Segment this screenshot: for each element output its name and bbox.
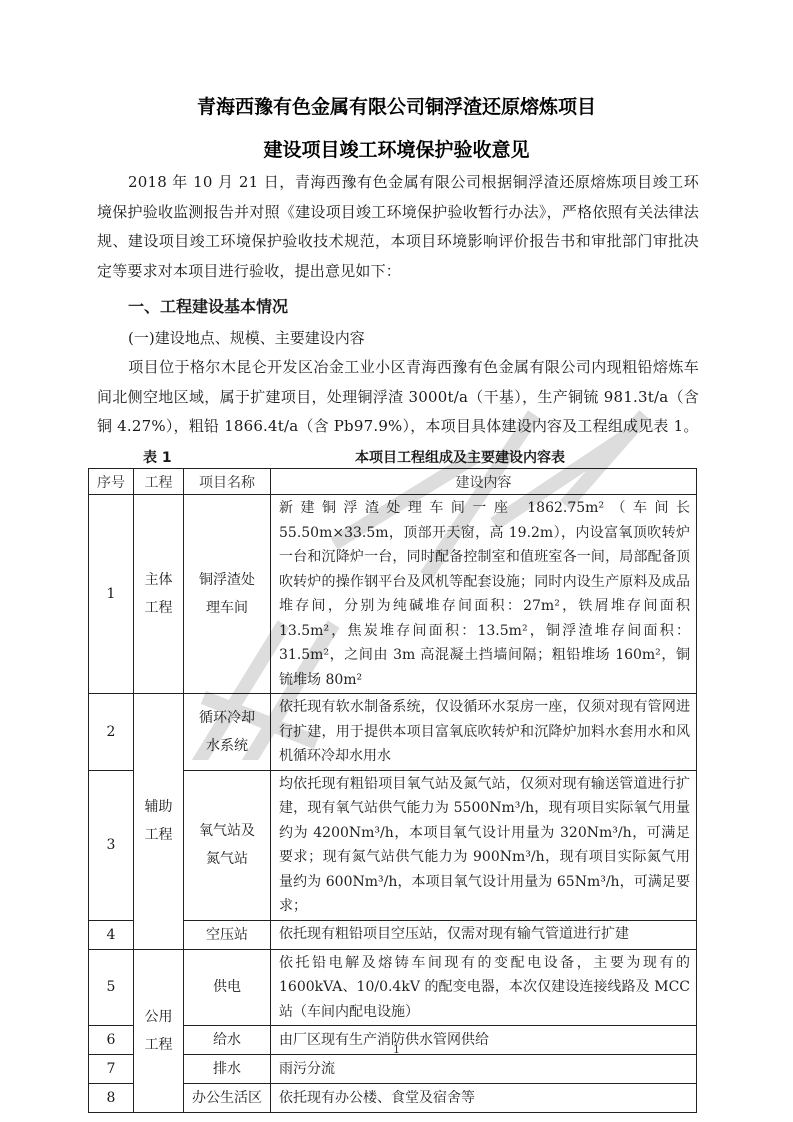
row-content: 依托铅电解及熔铸车间现有的变配电设备，主要为现有的 1600kVA、10/0.4… bbox=[271, 949, 697, 1026]
row-no: 5 bbox=[89, 949, 134, 1026]
row-content: 依托现有办公楼、食堂及宿舍等 bbox=[271, 1084, 697, 1113]
row-name: 供电 bbox=[184, 949, 271, 1026]
page-number: 1 bbox=[0, 1043, 793, 1056]
row-content: 雨污分流 bbox=[271, 1055, 697, 1084]
row-name: 氧气站及氮气站 bbox=[184, 770, 271, 920]
row-no: 3 bbox=[89, 770, 134, 920]
table-caption-label: 表 1 bbox=[143, 447, 172, 467]
row-name: 办公生活区 bbox=[184, 1084, 271, 1113]
row-content: 依托现有粗铅项目空压站，仅需对现有输气管道进行扩建 bbox=[271, 920, 697, 949]
row-no: 2 bbox=[89, 694, 134, 771]
category-public: 公用工程 bbox=[134, 949, 184, 1113]
project-composition-table: 序号 工程 项目名称 建设内容 1 主体工程 铜浮渣处理车间 新建铜浮渣处理车间… bbox=[88, 468, 697, 1113]
table-row: 5 公用工程 供电 依托铅电解及熔铸车间现有的变配电设备，主要为现有的 1600… bbox=[89, 949, 697, 1026]
row-name: 排水 bbox=[184, 1055, 271, 1084]
document-page: 青海西豫有色金属有限公司铜浮渣还原熔炼项目 建设项目竣工环境保护验收意见 201… bbox=[0, 0, 793, 1122]
row-content: 均依托现有粗铅项目氧气站及氮气站，仅须对现有输送管道进行扩建，现有氧气站供气能力… bbox=[271, 770, 697, 920]
row-name: 铜浮渣处理车间 bbox=[184, 495, 271, 694]
table-header-row: 序号 工程 项目名称 建设内容 bbox=[89, 469, 697, 495]
row-no: 8 bbox=[89, 1084, 134, 1113]
row-no: 1 bbox=[89, 495, 134, 694]
table-caption-title: 本项目工程组成及主要建设内容表 bbox=[280, 447, 640, 467]
header-no: 序号 bbox=[89, 469, 134, 495]
intro-paragraph: 2018 年 10 月 21 日，青海西豫有色金属有限公司根据铜浮渣还原熔炼项目… bbox=[97, 168, 699, 286]
header-category: 工程 bbox=[134, 469, 184, 495]
row-no: 7 bbox=[89, 1055, 134, 1084]
document-title-line1: 青海西豫有色金属有限公司铜浮渣还原熔炼项目 bbox=[0, 92, 793, 119]
header-content: 建设内容 bbox=[271, 469, 697, 495]
document-title-line2: 建设项目竣工环境保护验收意见 bbox=[0, 135, 793, 162]
row-no: 4 bbox=[89, 920, 134, 949]
header-name: 项目名称 bbox=[184, 469, 271, 495]
section-heading: 一、工程建设基本情况 bbox=[128, 294, 288, 317]
row-name: 循环冷却水系统 bbox=[184, 694, 271, 771]
table-row: 1 主体工程 铜浮渣处理车间 新建铜浮渣处理车间一座 1862.75m²（车间长… bbox=[89, 495, 697, 694]
site-paragraph-text: 项目位于格尔木昆仑开发区冶金工业小区青海西豫有色金属有限公司内现粗铅熔炼车间北侧… bbox=[97, 358, 699, 435]
subsection-heading: (一)建设地点、规模、主要建设内容 bbox=[128, 327, 365, 348]
site-paragraph: 项目位于格尔木昆仑开发区冶金工业小区青海西豫有色金属有限公司内现粗铅熔炼车间北侧… bbox=[97, 353, 699, 442]
row-content: 新建铜浮渣处理车间一座 1862.75m²（车间长 55.50m×33.5m，顶… bbox=[271, 495, 697, 694]
intro-paragraph-text: 2018 年 10 月 21 日，青海西豫有色金属有限公司根据铜浮渣还原熔炼项目… bbox=[97, 173, 699, 280]
table-row: 2 辅助工程 循环冷却水系统 依托现有软水制备系统，仅设循环水泵房一座，仅须对现… bbox=[89, 694, 697, 771]
row-content: 依托现有软水制备系统，仅设循环水泵房一座，仅须对现有管网进行扩建，用于提供本项目… bbox=[271, 694, 697, 771]
category-main: 主体工程 bbox=[134, 495, 184, 694]
category-aux: 辅助工程 bbox=[134, 694, 184, 950]
row-name: 空压站 bbox=[184, 920, 271, 949]
